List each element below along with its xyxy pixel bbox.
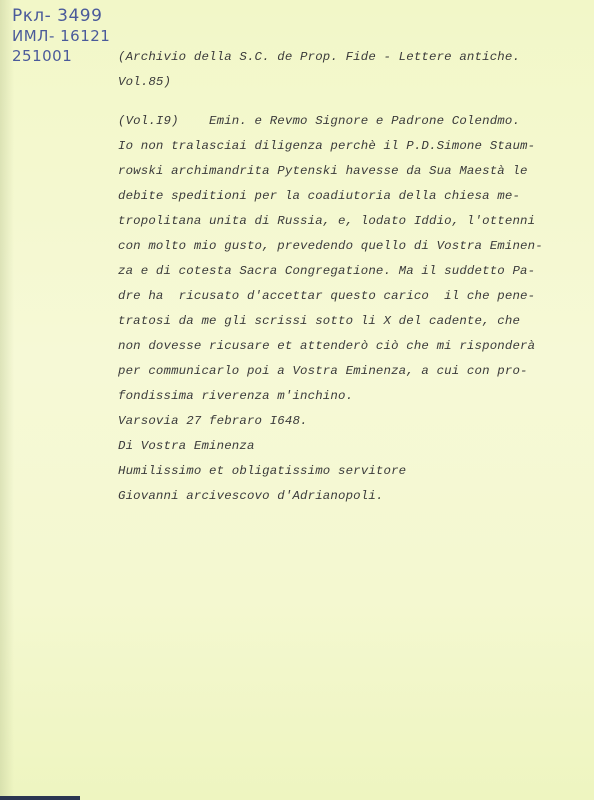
typed-letter: (Archivio della S.C. de Prop. Fide - Let… — [118, 45, 578, 509]
closing-line: Di Vostra Eminenza — [118, 434, 578, 459]
spacer — [118, 95, 578, 109]
letter-line: rowski archimandrita Pytenski havesse da… — [118, 159, 578, 184]
document-page: Рκл- 3499 ИМЛ- 16121 251001 (Archivio de… — [0, 0, 594, 800]
letter-line: fondissima riverenza m'inchino. — [118, 384, 578, 409]
letter-line: debite speditioni per la coadiutoria del… — [118, 184, 578, 209]
letter-line: Io non tralasciai diligenza perchè il P.… — [118, 134, 578, 159]
archive-note-line: 251001 — [12, 46, 110, 66]
closing-line: Humilissimo et obligatissimo servitore — [118, 459, 578, 484]
letter-line: za e di cotesta Sacra Congregatione. Ma … — [118, 259, 578, 284]
letter-line: tratosi da me gli scrissi sotto li X del… — [118, 309, 578, 334]
letter-line: dre ha ricusato d'accettar questo carico… — [118, 284, 578, 309]
source-header-line: (Archivio della S.C. de Prop. Fide - Let… — [118, 45, 578, 70]
date-line: Varsovia 27 febraro I648. — [118, 409, 578, 434]
letter-line: tropolitana unita di Russia, e, lodato I… — [118, 209, 578, 234]
source-header-line: Vol.85) — [118, 70, 578, 95]
signature-line: Giovanni arcivescovo d'Adrianopoli. — [118, 484, 578, 509]
archive-note-line: ИМЛ- 16121 — [12, 26, 110, 46]
letter-line: non dovesse ricusare et attenderò ciò ch… — [118, 334, 578, 359]
letter-line: (Vol.I9) Emin. e Revmo Signore e Padrone… — [118, 109, 578, 134]
archive-note-line: Рκл- 3499 — [12, 6, 110, 26]
letter-line: con molto mio gusto, prevedendo quello d… — [118, 234, 578, 259]
letter-line: per communicarlo poi a Vostra Eminenza, … — [118, 359, 578, 384]
handwritten-archive-notes: Рκл- 3499 ИМЛ- 16121 251001 — [12, 6, 110, 66]
